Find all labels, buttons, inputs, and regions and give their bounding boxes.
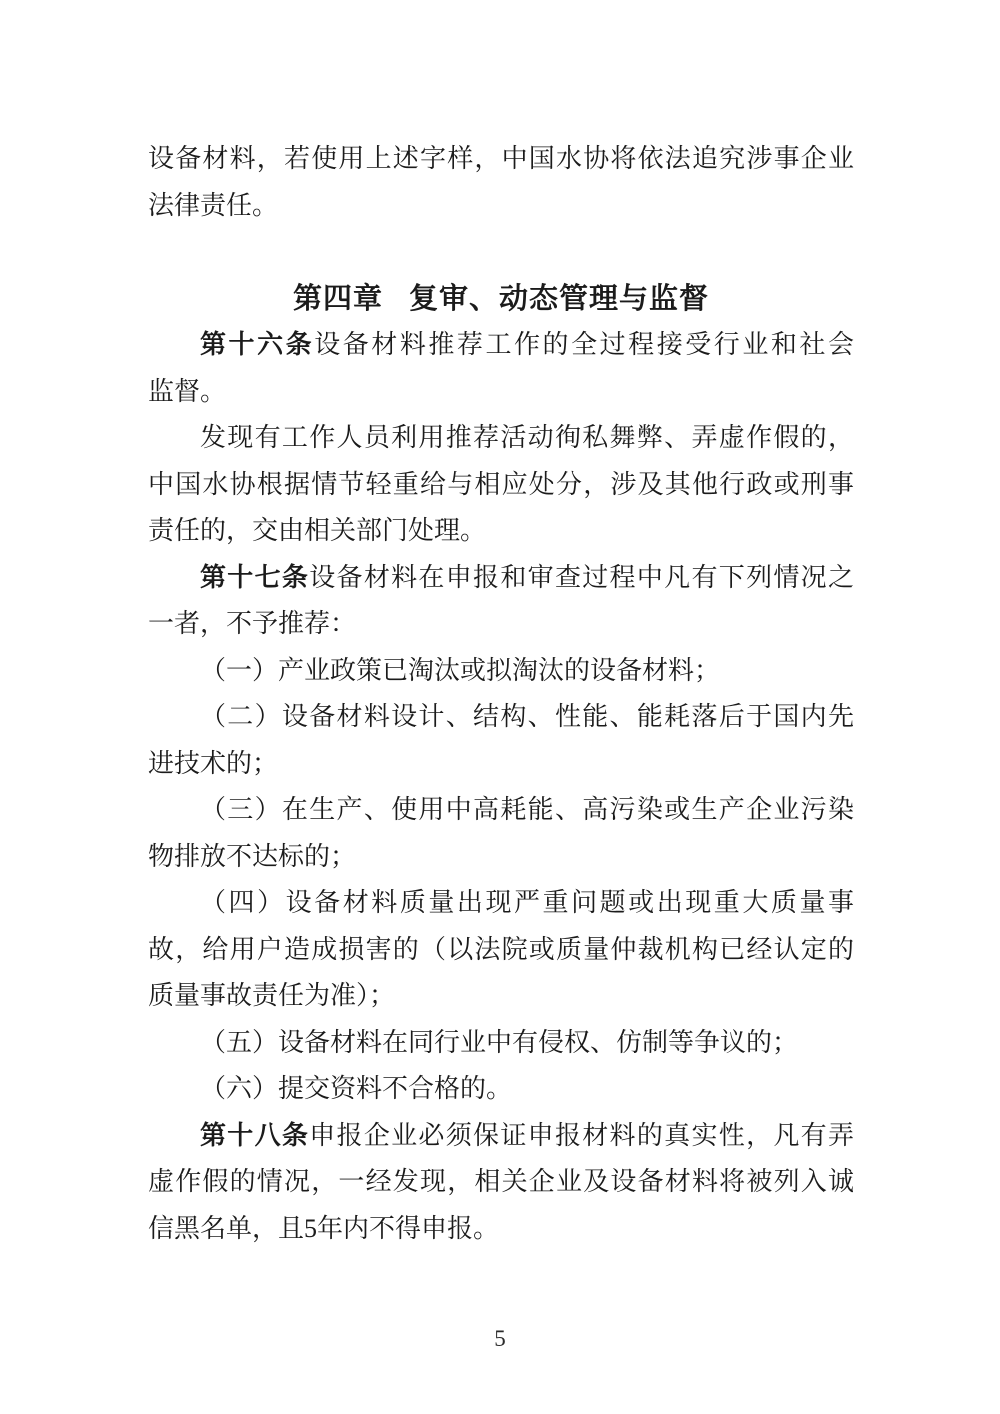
doc-line: 第十八条申报企业必须保证申报材料的真实性，凡有弄 [148, 1113, 854, 1160]
doc-line: 第十六条设备材料推荐工作的全过程接受行业和社会 [148, 322, 854, 369]
doc-line: 一者，不予推荐： [148, 601, 854, 648]
article-number: 第十七条 [200, 563, 309, 592]
chapter-heading: 第四章 复审、动态管理与监督 [148, 276, 854, 323]
doc-line: 物排放不达标的； [148, 834, 854, 881]
doc-line: 进技术的； [148, 741, 854, 788]
doc-line: 监督。 [148, 369, 854, 416]
doc-line: （四）设备材料质量出现严重问题或出现重大质量事 [148, 880, 854, 927]
doc-line: （五）设备材料在同行业中有侵权、仿制等争议的； [148, 1020, 854, 1067]
doc-line: （二）设备材料设计、结构、性能、能耗落后于国内先 [148, 694, 854, 741]
chapter-title: 复审、动态管理与监督 [409, 276, 709, 323]
doc-line: 发现有工作人员利用推荐活动徇私舞弊、弄虚作假的， [148, 415, 854, 462]
doc-line: （三）在生产、使用中高耗能、高污染或生产企业污染 [148, 787, 854, 834]
doc-line: （一）产业政策已淘汰或拟淘汰的设备材料； [148, 648, 854, 695]
document-page: 设备材料，若使用上述字样，中国水协将依法追究涉事企业 法律责任。 第四章 复审、… [0, 0, 1000, 1414]
doc-line: 虚作假的情况，一经发现，相关企业及设备材料将被列入诚 [148, 1159, 854, 1206]
doc-line: 第十七条设备材料在申报和审查过程中凡有下列情况之 [148, 555, 854, 602]
page-number: 5 [0, 1326, 1000, 1352]
doc-line-text: 设备材料推荐工作的全过程接受行业和社会 [314, 330, 854, 359]
doc-line: 中国水协根据情节轻重给与相应处分，涉及其他行政或刑事 [148, 462, 854, 509]
doc-line: 信黑名单，且5年内不得申报。 [148, 1206, 854, 1253]
doc-line: 故，给用户造成损害的（以法院或质量仲裁机构已经认定的 [148, 927, 854, 974]
doc-line: （六）提交资料不合格的。 [148, 1066, 854, 1113]
doc-line-text: 设备材料在申报和审查过程中凡有下列情况之 [309, 563, 854, 592]
doc-line-text: 申报企业必须保证申报材料的真实性，凡有弄 [309, 1121, 854, 1150]
doc-line: 法律责任。 [148, 183, 854, 230]
article-number: 第十六条 [200, 330, 314, 359]
doc-line: 质量事故责任为准）； [148, 973, 854, 1020]
blank-line [148, 229, 854, 276]
doc-line: 责任的，交由相关部门处理。 [148, 508, 854, 555]
document-body: 设备材料，若使用上述字样，中国水协将依法追究涉事企业 法律责任。 第四章 复审、… [148, 136, 854, 1252]
doc-line: 设备材料，若使用上述字样，中国水协将依法追究涉事企业 [148, 136, 854, 183]
article-number: 第十八条 [200, 1121, 309, 1150]
chapter-number: 第四章 [293, 276, 383, 323]
